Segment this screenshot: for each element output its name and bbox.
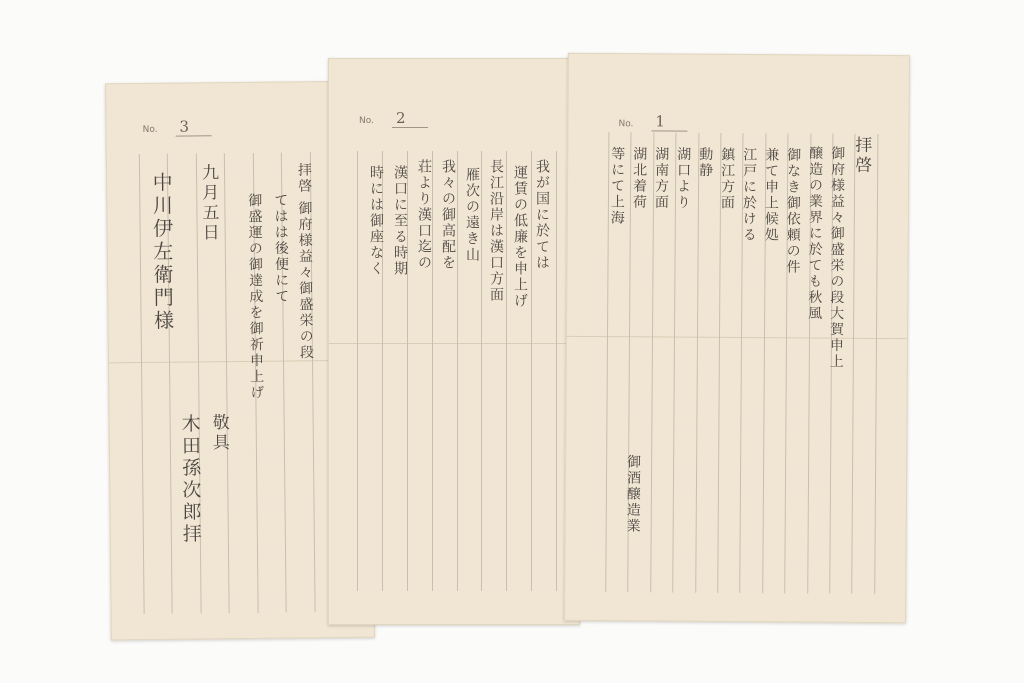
letter-line: 兼て申上候処 (764, 147, 779, 243)
letter-line: てはは後便にて (273, 192, 288, 304)
letter-note: 御酒醸造業 (626, 454, 641, 534)
letter-line: 漢口に至る時期 (393, 165, 407, 277)
salutation: 拝啓 (852, 136, 869, 176)
letter-line: 我々の御高配を (441, 159, 455, 271)
closing-text: 敬具 (210, 413, 227, 453)
letter-line: 荘より漢口迄の (417, 159, 431, 271)
letter-line: 江戸に於ける (742, 147, 757, 243)
page-number-label: No.2 (359, 109, 428, 127)
page-number: 2 (392, 109, 428, 128)
letter-line: 御なき御依頼の件 (785, 147, 800, 275)
letter-line: 拝啓 御府様益々御盛栄の段 (297, 162, 313, 361)
letter-line: 運賃の低廉を申上げ (513, 165, 527, 309)
page-number: 1 (651, 112, 687, 131)
page-number-prefix: No. (618, 119, 633, 129)
letter-line: 時には御座なく (369, 165, 383, 277)
letter-line: 雁次の遠き山 (465, 167, 479, 263)
letter-sheet-1: No.1 拝啓 御府様益々御盛栄の段大賀申上 醸造の業界に於ても秋風 御なき御依… (564, 53, 910, 623)
letter-line: 御盛運の御達成を御祈申上げ (247, 193, 263, 401)
letter-line: 長江沿岸は漢口方面 (489, 159, 503, 303)
letter-line: 我が国に於ては (535, 159, 549, 271)
letter-line: 醸造の業界に於ても秋風 (807, 145, 822, 321)
letter-line: 動静 (698, 147, 712, 179)
page-number-label: No.1 (618, 112, 687, 130)
letter-line: 湖口より (676, 147, 690, 211)
letter-line: 鎮江方面 (720, 147, 734, 211)
letter-line: 等にて上海 (610, 146, 625, 226)
page-number-prefix: No. (143, 125, 158, 135)
letter-line: 御府様益々御盛栄の段大賀申上 (829, 146, 845, 370)
date: 九月五日 (199, 163, 217, 243)
page-number-prefix: No. (359, 116, 374, 126)
letter-line: 湖南方面 (654, 146, 668, 210)
page-number: 3 (175, 117, 211, 136)
addressee: 中川伊左衛門様 (151, 172, 173, 333)
signature: 木田孫次郎拝 (180, 413, 200, 545)
letter-line: 湖北着荷 (632, 146, 646, 210)
letter-sheet-2: No.2 我が国に於ては 運賃の低廉を申上げ 長江沿岸は漢口方面 雁次の遠き山 … (328, 58, 580, 625)
page-number-label: No.3 (142, 117, 211, 136)
